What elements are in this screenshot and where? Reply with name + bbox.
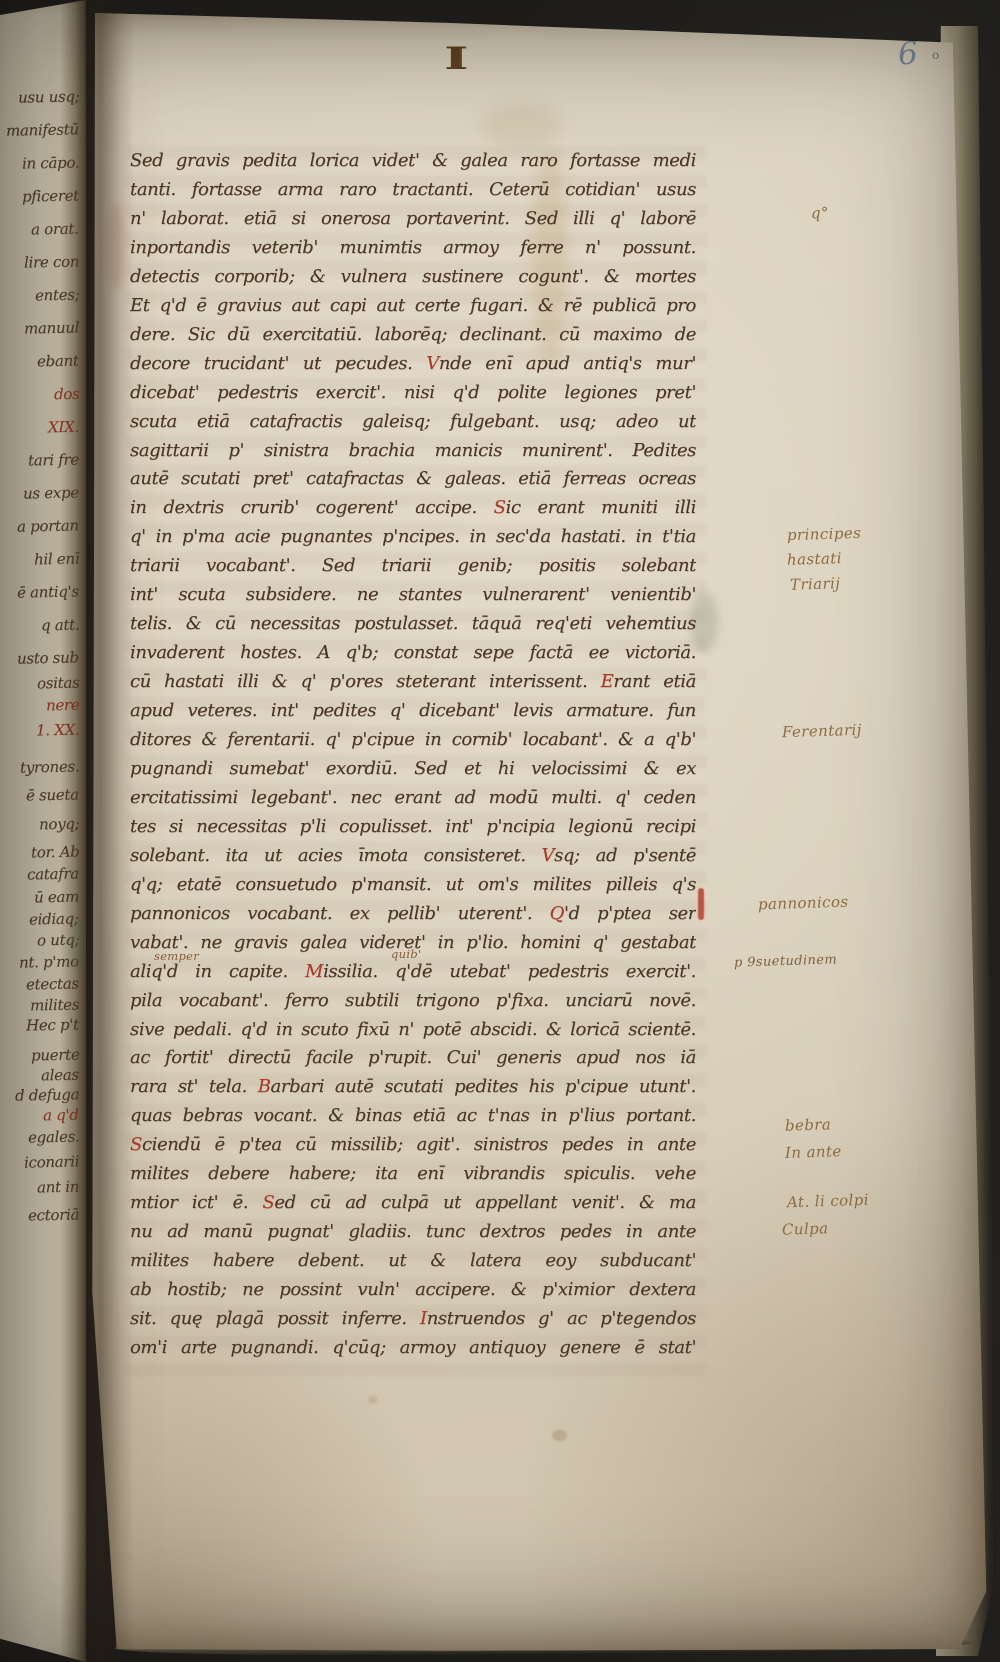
spot [552,1430,567,1441]
text-block: Sed gravis pedita lorica videt' & galea … [130,148,696,1378]
interlinear-note-2: quib' [391,947,421,961]
facing-page-fragment-27: ū eam [34,888,79,907]
text-segment: nu ad manū pugnat' gladiis. tunc dextros… [130,1221,696,1242]
margin-note-1: q° [811,204,829,223]
manuscript-photo: usu usq;manifestūin cāpo.pficereta orat.… [0,0,1000,1662]
text-segment: scuta etiā catafractis galeisq; fulgeban… [130,411,696,432]
facing-page-fragment-13: us expe [23,483,79,502]
facing-page-fragment-23: ē sueta [26,785,79,804]
text-segment: inportandis veterib' munimtis armoy ferr… [130,237,696,258]
text-line-1: Sed gravis pedita lorica videt' & galea … [130,148,696,177]
text-line-18: invaderent hostes. A q'b; constat sepe f… [130,640,696,669]
text-line-9: dicebat' pedestris exercit'. nisi q'd po… [130,380,696,409]
text-segment: autē scutati pret' catafractas & galeas.… [130,468,696,489]
rubricated-initial: S [130,1134,142,1155]
text-line-27: pannonicos vocabant. ex pellib' uterent'… [130,901,696,930]
green-stain [71,918,86,970]
text-segment: int' scuta subsidere. ne stantes vulnera… [130,584,696,605]
text-line-3: n' laborat. etiā si onerosa portaverint.… [130,206,696,235]
margin-note-10: At. li colpi [787,1191,869,1212]
text-line-4: inportandis veterib' munimtis armoy ferr… [130,235,696,264]
margin-note-6: pannonicos [758,893,849,914]
facing-page-fragment-9: ebant [37,352,79,371]
facing-page-fragment-40: ant in [37,1178,79,1197]
interlinear-note-1: semper [154,949,199,963]
margin-note-8: bebra [785,1115,832,1134]
facing-page-fragment-41: ectoriā [28,1205,80,1224]
text-segment: 'd p'ptea ser [564,903,696,924]
facing-page-fragment-33: Hec p't [26,1015,79,1034]
text-segment: rant etiā [613,671,696,692]
text-line-25: solebant. ita ut acies īmota consisteret… [130,843,696,872]
text-segment: milites habere debent. ut & latera eoy s… [130,1250,696,1271]
text-segment: ac fortit' directū facile p'rupit. Cui' … [130,1047,696,1068]
text-line-33: rara st' tela. Barbari autē scutati pedi… [130,1074,696,1103]
rubricated-initial: E [601,671,614,692]
facing-page-fragment-18: usto sub [17,648,79,667]
text-line-11: sagittarii p' sinistra brachia manicis m… [130,438,696,467]
text-segment: in dextris crurib' cogerent' accipe. [130,497,494,518]
text-line-40: ab hostib; ne possint vuln' accipere. & … [130,1277,696,1306]
text-segment: Sed gravis pedita lorica videt' & galea … [130,150,696,171]
margin-note-3: hastati [787,549,842,569]
facing-page-fragment-37: a q'd [43,1106,79,1125]
facing-page-edge: usu usq;manifestūin cāpo.pficereta orat.… [0,0,86,1662]
facing-page-fragment-25: tor. Ab [30,842,79,861]
facing-page-fragment-22: tyrones. [20,757,80,776]
text-segment: dicebat' pedestris exercit'. nisi q'd po… [130,382,696,403]
text-segment: aliq'd in capite. [130,961,305,982]
red-margin-stroke [698,888,704,920]
text-segment: ditores & ferentarii. q' p'cipue in corn… [130,729,696,750]
rubricated-initial: V [542,845,555,866]
text-line-38: nu ad manū pugnat' gladiis. tunc dextros… [130,1219,696,1248]
text-segment: dere. Sic dū exercitatiū. laborēq; decli… [130,324,696,345]
rubricated-initial: V [426,353,439,374]
facing-page-fragment-34: puerte [30,1045,79,1064]
text-line-37: mtior ict' ē. Sed cū ad culpā ut appella… [130,1190,696,1219]
facing-page-fragment-2: manifestū [6,120,79,140]
text-segment: apud veteres. int' pedites q' dicebant' … [130,700,696,721]
text-line-20: apud veteres. int' pedites q' dicebant' … [130,698,696,727]
text-line-5: detectis corporib; & vulnera sustinere c… [130,264,696,293]
text-line-35: Sciendū ē p'tea cū missilib; agit'. sini… [130,1132,696,1161]
facing-page-fragment-12: tari fre [28,450,79,469]
facing-page-fragment-31: etectas [26,974,79,993]
facing-page-fragment-21: 1. XX. [35,721,79,740]
facing-page-fragment-16: ē antiq's [17,582,79,601]
text-line-34: quas bebras vocant. & binas etiā ac t'na… [130,1103,696,1132]
text-segment: om'i arte pugnandi. q'cūq; armoy antiquo… [130,1337,696,1358]
text-segment: ercitatissimi legebant'. nec erant ad mo… [130,787,696,808]
text-segment: tanti. fortasse arma raro tractanti. Cet… [130,179,696,200]
text-segment: pugnandi sumebat' exordiū. Sed et hi vel… [130,758,696,779]
text-segment: ed cū ad culpā ut appellant venit'. & ma [274,1192,696,1213]
facing-page-fragment-36: d defuga [15,1085,80,1104]
text-segment: sive pedali. q'd in scuto fixū n' potē a… [130,1019,696,1040]
text-line-30: pila vocabant'. ferro subtili trigono p'… [130,988,696,1017]
text-segment: Et q'd ē gravius aut capi aut certe fuga… [130,295,696,316]
facing-page-fragment-14: a portan [17,516,79,535]
text-segment: q'q; etatē consuetudo p'mansit. ut om's … [130,874,696,895]
margin-note-11: Culpa [782,1219,829,1238]
text-segment: telis. & cū necessitas postulasset. tāqu… [130,613,696,634]
facing-page-fragment-7: entes; [34,286,79,305]
text-segment: decore trucidant' ut pecudes. [130,353,426,374]
facing-page-fragment-19: ositas [36,674,79,693]
margin-note-7: p 9suetudinem [734,952,838,970]
facing-page-fragment-15: hil enī [34,550,80,569]
rubricated-initial: M [305,961,323,982]
text-segment: sit. quę plagā possit inferre. [130,1308,420,1329]
facing-page-fragment-17: q att. [40,616,79,635]
text-segment: mtior ict' ē. [130,1192,262,1213]
stain [481,103,561,148]
red-smudge [108,203,125,291]
rubricated-initial: I [420,1308,427,1329]
facing-page-fragment-1: usu usq; [17,87,79,106]
text-line-42: om'i arte pugnandi. q'cūq; armoy antiquo… [130,1335,696,1364]
text-line-36: milites debere habere; ita enī vibrandis… [130,1161,696,1190]
text-line-14: q' in p'ma acie pugnantes p'ncipes. in s… [130,524,696,553]
spot [368,1396,377,1404]
margin-note-9: In ante [785,1142,842,1162]
facing-page-fragment-26: catafra [27,864,79,883]
text-segment: quas bebras vocant. & binas etiā ac t'na… [130,1105,696,1126]
text-segment: nde enī apud antiq's mur' [439,353,696,374]
text-line-8: decore trucidant' ut pecudes. Vnde enī a… [130,351,696,380]
facing-page-fragment-39: iconarii [24,1152,80,1171]
text-line-13: in dextris crurib' cogerent' accipe. Sic… [130,495,696,524]
facing-page-fragment-35: aleas [41,1066,79,1085]
text-line-15: triarii vocabant'. Sed triarii genib; po… [130,553,696,582]
text-line-21: ditores & ferentarii. q' p'cipue in corn… [130,727,696,756]
text-line-6: Et q'd ē gravius aut capi aut certe fuga… [130,293,696,322]
facing-page-fragment-28: eidiaq; [29,909,79,928]
text-segment: nstruendos g' ac p'tegendos [427,1308,696,1329]
text-line-39: milites habere debent. ut & latera eoy s… [130,1248,696,1277]
text-line-17: telis. & cū necessitas postulasset. tāqu… [130,611,696,640]
text-segment: pannonicos vocabant. ex pellib' uterent'… [130,903,550,924]
text-line-24: tes si necessitas p'li copulisset. int' … [130,814,696,843]
text-segment: tes si necessitas p'li copulisset. int' … [130,816,696,837]
facing-page-fragment-10: dos [53,385,79,404]
text-segment: sagittarii p' sinistra brachia manicis m… [130,440,696,461]
text-segment: ciendū ē p'tea cū missilib; agit'. sinis… [142,1134,696,1155]
rubricated-initial: S [494,497,506,518]
facing-page-fragment-5: a orat. [31,220,79,239]
text-segment: ic erant muniti illi [506,497,696,518]
facing-page-fragment-3: in cāpo. [22,153,80,172]
text-segment: arbari autē scutati pedites his p'cipue … [271,1076,696,1097]
facing-page-fragment-32: milites [30,995,79,1014]
text-line-41: sit. quę plagā possit inferre. Instruend… [130,1306,696,1335]
text-line-31: sive pedali. q'd in scuto fixū n' potē a… [130,1017,696,1046]
folio-mark: o [932,48,939,62]
text-line-23: ercitatissimi legebant'. nec erant ad mo… [130,785,696,814]
text-line-19: cū hastati illi & q' p'ores steterant in… [130,669,696,698]
chapter-numeral: I [444,41,466,77]
text-segment: n' laborat. etiā si onerosa portaverint.… [130,208,696,229]
text-segment: ab hostib; ne possint vuln' accipere. & … [130,1279,696,1300]
facing-page-fragment-24: noyq; [38,815,79,834]
facing-page-fragment-11: XIX. [48,418,79,437]
rubricated-initial: Q [550,903,564,924]
rubricated-initial: B [258,1076,271,1097]
text-segment: triarii vocabant'. Sed triarii genib; po… [130,555,696,576]
text-segment: detectis corporib; & vulnera sustinere c… [130,266,696,287]
text-line-12: autē scutati pret' catafractas & galeas.… [130,466,696,495]
text-segment: rara st' tela. [130,1076,258,1097]
text-line-10: scuta etiā catafractis galeisq; fulgeban… [130,409,696,438]
text-line-16: int' scuta subsidere. ne stantes vulnera… [130,582,696,611]
text-segment: invaderent hostes. A q'b; constat sepe f… [130,642,696,663]
text-segment: milites debere habere; ita enī vibrandis… [130,1163,696,1184]
margin-note-2: principes [787,524,862,544]
text-segment: solebant. ita ut acies īmota consisteret… [130,845,542,866]
rubricated-initial: S [262,1192,274,1213]
text-segment: q' in p'ma acie pugnantes p'ncipes. in s… [130,526,696,547]
text-line-7: dere. Sic dū exercitatiū. laborēq; decli… [130,322,696,351]
facing-page-fragment-4: pficeret [22,186,79,205]
text-segment: issilia. q'dē utebat' pedestris exercit'… [323,961,696,982]
text-line-29: aliq'd in capite. Missilia. q'dē utebat'… [130,959,696,988]
text-segment: sq; ad p'sentē [554,845,696,866]
margin-note-4: Triarij [790,574,841,594]
text-line-26: q'q; etatē consuetudo p'mansit. ut om's … [130,872,696,901]
margin-note-5: Ferentarij [782,721,862,741]
text-line-32: ac fortit' directū facile p'rupit. Cui' … [130,1045,696,1074]
facing-page-fragment-8: manuul [24,318,80,337]
text-line-22: pugnandi sumebat' exordiū. Sed et hi vel… [130,756,696,785]
facing-page-fragment-30: nt. p'mo [19,952,79,971]
text-segment: cū hastati illi & q' p'ores steterant in… [130,671,601,692]
text-segment: pila vocabant'. ferro subtili trigono p'… [130,990,696,1011]
facing-page-fragment-20: nere [45,696,79,715]
manuscript-page: I 6 o Sed gravis pedita lorica videt' & … [86,8,988,1654]
facing-page-fragment-38: egales. [27,1127,79,1146]
folio-number: 6 [897,35,919,72]
text-line-2: tanti. fortasse arma raro tractanti. Cet… [130,177,696,206]
facing-page-fragment-6: lire con [24,252,79,271]
